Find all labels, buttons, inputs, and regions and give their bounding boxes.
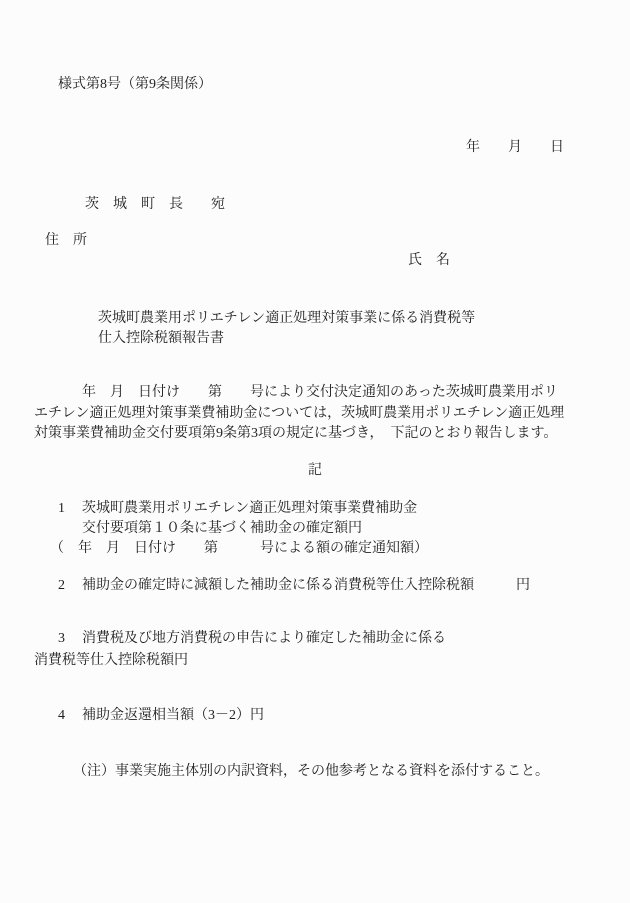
- document-page: 様式第8号（第9条関係） 年 月 日 茨 城 町 長 宛 住 所 氏 名 茨城町…: [0, 0, 630, 903]
- item-3-number: 3: [58, 631, 65, 647]
- item-3-line2: 消費税等仕入控除税額円: [34, 653, 188, 669]
- item-3-line1: 消費税及び地方消費税の申告により確定した補助金に係る: [82, 631, 446, 647]
- item-1-line1: 茨城町農業用ポリエチレン適正処理対策事業費補助金: [82, 501, 417, 517]
- sender-name-label: 氏 名: [408, 253, 450, 269]
- item-1-line3: （ 年 月 日付け 第 号による額の確定通知額）: [50, 541, 428, 557]
- item-4-line1: 補助金返還相当額（3－2）円: [82, 708, 264, 724]
- record-marker: 記: [0, 463, 630, 479]
- document-title-line1: 茨城町農業用ポリエチレン適正処理対策事業に係る消費税等: [98, 311, 475, 327]
- addressee-line: 茨 城 町 長 宛: [85, 197, 225, 213]
- document-title-line2: 仕入控除税額報告書: [98, 331, 224, 347]
- item-1-number: 1: [58, 501, 65, 517]
- form-number: 様式第8号（第9条関係）: [58, 77, 212, 93]
- date-line: 年 月 日: [466, 140, 564, 156]
- item-2-number: 2: [58, 578, 65, 594]
- item-2-line1: 補助金の確定時に減額した補助金に係る消費税等仕入控除税額 円: [82, 578, 530, 594]
- body-paragraph-line1: 年 月 日付け 第 号により交付決定通知のあった茨城町農業用ポリ: [82, 385, 558, 401]
- item-4-number: 4: [58, 708, 65, 724]
- attachment-note: （注）事業実施主体別の内訳資料，その他参考となる資料を添付すること。: [73, 764, 549, 780]
- body-paragraph-line3: 対策事業費補助金交付要項第9条第3項の規定に基づき， 下記のとおり報告します。: [34, 426, 557, 442]
- body-paragraph-line2: エチレン適正処理対策事業費補助金については，茨城町農業用ポリエチレン適正処理: [34, 406, 564, 422]
- sender-address-label: 住 所: [45, 233, 87, 249]
- item-1-line2: 交付要項第１０条に基づく補助金の確定額円: [82, 521, 362, 537]
